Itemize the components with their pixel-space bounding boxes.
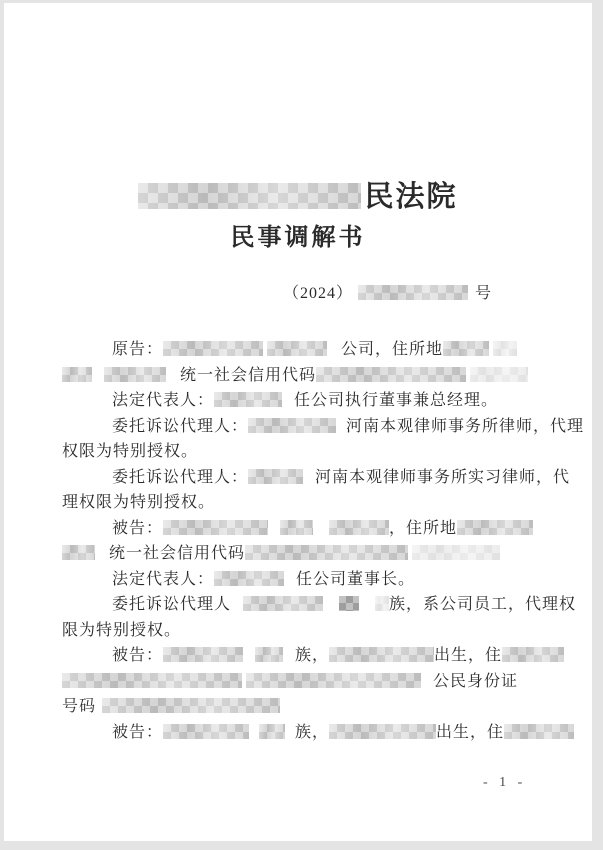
gap (92, 379, 104, 380)
redacted-text (248, 469, 303, 484)
gap (231, 608, 243, 609)
redacted-text (329, 647, 434, 662)
redacted-text (245, 545, 408, 560)
redacted-text (62, 367, 92, 382)
body-line: 被告：族，出生，住 (62, 643, 588, 669)
gap (336, 430, 346, 431)
redacted-text (163, 341, 263, 356)
redacted-text (62, 673, 242, 688)
redacted-text (329, 724, 436, 739)
viewer-canvas: 民法院 民事调解书 （2024）号 原告：公司，住所地统一社会信用代码法定代表人… (0, 0, 603, 850)
text-segment: 被告： (112, 724, 163, 741)
text-segment: 任公司董事长。 (296, 571, 415, 588)
body-line: 法定代表人：任公司执行董事兼总经理。 (62, 388, 588, 414)
redacted-text (457, 520, 533, 535)
redacted-text (502, 647, 564, 662)
body-line: 权限为特别授权。 (62, 439, 588, 465)
text-segment: 委托诉讼代理人 (112, 596, 231, 613)
text-segment: 被告： (112, 647, 163, 664)
redacted-text (163, 724, 249, 739)
text-segment: 公民身份证 (433, 673, 518, 690)
redacted-text (214, 392, 282, 407)
gap (323, 608, 339, 609)
text-segment: 原告： (112, 341, 163, 358)
body-line: 委托诉讼代理人族，系公司员工，代理权 (62, 592, 588, 618)
case-number: （2024）号 (283, 280, 492, 303)
body-line: 委托诉讼代理人：河南本观律师事务所律师，代理 (62, 414, 588, 440)
text-segment: 统一社会信用代码 (180, 367, 316, 384)
redacted-court-name (138, 183, 361, 209)
document-body: 原告：公司，住所地统一社会信用代码法定代表人：任公司执行董事兼总经理。委托诉讼代… (62, 337, 588, 745)
text-segment: 出生，住 (434, 647, 502, 664)
court-title-text: 民法院 (364, 181, 457, 213)
gap (283, 659, 295, 660)
redacted-text (329, 520, 389, 535)
body-line: 公民身份证 (62, 669, 588, 695)
text-segment: 任公司执行董事兼总经理。 (294, 392, 498, 409)
redacted-text (443, 341, 489, 356)
gap (243, 659, 255, 660)
text-segment: 法定代表人： (112, 571, 214, 588)
gap (327, 353, 341, 354)
text-segment: 统一社会信用代码 (109, 545, 245, 562)
text-segment: 族，系公司员工，代理权 (389, 596, 576, 613)
body-line: 号码 (62, 694, 588, 720)
gap (421, 685, 433, 686)
redacted-text (102, 698, 280, 713)
redacted-text (62, 545, 95, 560)
text-segment: 委托诉讼代理人： (112, 469, 248, 486)
redacted-text (316, 367, 466, 382)
body-line: 统一社会信用代码 (62, 541, 588, 567)
redacted-text (375, 596, 389, 611)
redacted-text (246, 673, 421, 688)
body-line: 法定代表人：任公司董事长。 (62, 567, 588, 593)
redacted-text (470, 367, 528, 382)
redacted-text (259, 724, 285, 739)
text-segment: 法定代表人： (112, 392, 214, 409)
text-segment: 族， (295, 647, 329, 664)
gap (95, 557, 109, 558)
case-number-suffix: 号 (475, 285, 492, 302)
redacted-text (248, 418, 336, 433)
body-line: 统一社会信用代码 (62, 363, 588, 389)
redacted-text (214, 571, 284, 586)
redacted-text (412, 545, 500, 560)
text-segment: 河南本观律师事务所实习律师，代 (315, 469, 570, 486)
redacted-text (163, 520, 268, 535)
redacted-text (267, 341, 327, 356)
gap (268, 532, 280, 533)
case-number-year: （2024） (283, 285, 353, 302)
text-segment: 出生，住 (436, 724, 504, 741)
gap (249, 736, 259, 737)
text-segment: 公司，住所地 (341, 341, 443, 358)
body-line: 委托诉讼代理人：河南本观律师事务所实习律师，代 (62, 465, 588, 491)
text-segment: 号码 (62, 698, 96, 715)
body-line: 理权限为特别授权。 (62, 490, 588, 516)
body-line: 限为特别授权。 (62, 618, 588, 644)
document-page: 民法院 民事调解书 （2024）号 原告：公司，住所地统一社会信用代码法定代表人… (4, 3, 592, 841)
gap (313, 532, 329, 533)
body-line: 被告：，住所地 (62, 516, 588, 542)
gap (303, 481, 315, 482)
text-segment: 被告： (112, 520, 163, 537)
redacted-text (104, 367, 166, 382)
text-segment: 族， (295, 724, 329, 741)
redacted-text (163, 647, 243, 662)
text-segment: 理权限为特别授权。 (62, 494, 215, 511)
text-segment: 委托诉讼代理人： (112, 418, 248, 435)
redacted-text (280, 520, 313, 535)
document-type-title: 民事调解书 (4, 217, 592, 252)
text-segment: 河南本观律师事务所律师，代理 (346, 418, 584, 435)
gap (285, 736, 295, 737)
text-segment: 限为特别授权。 (62, 622, 181, 639)
court-title: 民法院 (4, 174, 592, 215)
body-line: 原告：公司，住所地 (62, 337, 588, 363)
gap (166, 379, 180, 380)
page-number: - 1 - (483, 775, 526, 791)
redacted-text (243, 596, 323, 611)
gap (284, 583, 296, 584)
redacted-text (493, 341, 517, 356)
gap (359, 608, 375, 609)
text-segment: ，住所地 (389, 520, 457, 537)
redacted-text (339, 596, 359, 611)
body-line: 被告：族，出生，住 (62, 720, 588, 746)
text-segment: 权限为特别授权。 (62, 443, 198, 460)
gap (282, 404, 294, 405)
redacted-text (255, 647, 283, 662)
redacted-case-number (358, 285, 468, 300)
redacted-text (504, 724, 574, 739)
